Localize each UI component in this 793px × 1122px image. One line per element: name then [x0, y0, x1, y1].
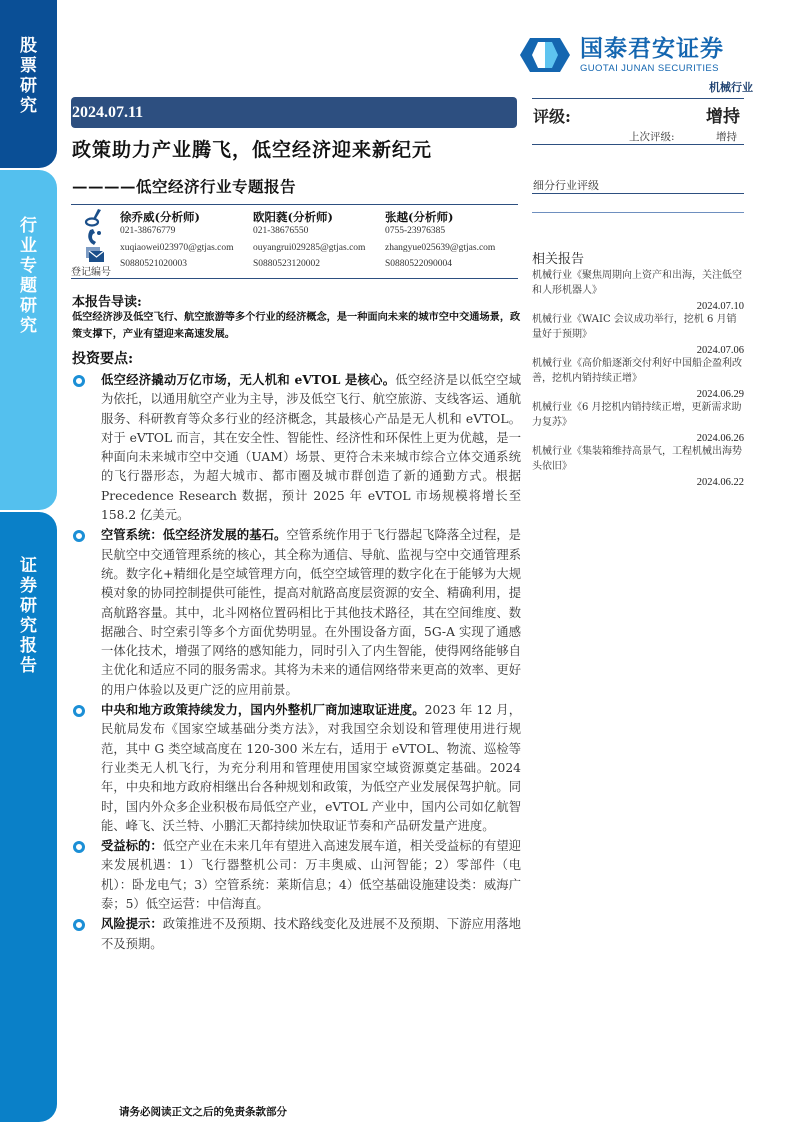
analyst-card: 欧阳蕤(分析师) 021-38676550 ouyangrui029285@gt… [253, 209, 365, 276]
previous-rating-value: 增持 [716, 129, 737, 144]
point-heading: 低空经济撬动万亿市场，无人机和 eVTOL 是核心。 [101, 372, 395, 387]
related-report-title[interactable]: 机械行业《WAIC 会议成功举行，挖机 6 月销量好于预期》 [532, 313, 744, 342]
circle-bullet-icon [73, 375, 85, 387]
related-report-title[interactable]: 机械行业《高价船逐渐交付利好中国船企盈利改善，挖机内销持续正增》 [532, 357, 744, 386]
sector-label: 机械行业 [709, 79, 753, 95]
related-report-item[interactable]: 机械行业《WAIC 会议成功举行，挖机 6 月销量好于预期》 2024.07.0… [532, 313, 744, 356]
divider [532, 98, 744, 99]
related-report-item[interactable]: 机械行业《聚焦周期向上资产和出海，关注低空和人形机器人》 2024.07.10 [532, 269, 744, 312]
side-tab-label: 证券研究报告 [20, 556, 37, 676]
analyst-phone: 0755-23976385 [385, 226, 495, 243]
analyst-name: 欧阳蕤(分析师) [253, 209, 365, 226]
brand-name-en: GUOTAI JUNAN SECURITIES [580, 63, 724, 74]
circle-bullet-icon [73, 530, 85, 542]
related-report-item[interactable]: 机械行业《集装箱维持高景气，工程机械出海势头依旧》 2024.06.22 [532, 445, 744, 488]
point-heading: 空管系统：低空经济发展的基石。 [101, 527, 286, 542]
brand-name-cn: 国泰君安证券 [580, 36, 724, 62]
analyst-card: 徐乔威(分析师) 021-38676779 xuqiaowei023970@gt… [120, 209, 234, 276]
circle-bullet-icon [73, 841, 85, 853]
related-report-item[interactable]: 机械行业《6 月挖机内销持续正增，更新需求助力复苏》 2024.06.26 [532, 401, 744, 444]
divider [532, 212, 744, 213]
analyst-email[interactable]: ouyangrui029285@gtjas.com [253, 243, 365, 260]
investment-point: 中央和地方政策持续发力，国内外整机厂商加速取证进度。2023 年 12 月，民航… [71, 700, 521, 836]
related-reports-title: 相关报告 [532, 248, 744, 267]
analyst-phone: 021-38676779 [120, 226, 234, 243]
divider [71, 278, 518, 279]
related-report-date: 2024.06.29 [532, 389, 744, 400]
analyst-registration: S0880521020003 [120, 259, 234, 276]
point-body: 空管系统作用于飞行器起飞降落全过程，是民航空中交通管理系统的核心，其全称为通信、… [101, 528, 521, 696]
related-reports: 相关报告 机械行业《聚焦周期向上资产和出海，关注低空和人形机器人》 2024.0… [532, 248, 744, 489]
analyst-phone: 021-38676550 [253, 226, 365, 243]
rating-label: 评级: [533, 104, 571, 127]
analyst-email[interactable]: zhangyue025639@gtjas.com [385, 243, 495, 260]
point-heading: 风险提示： [101, 916, 163, 931]
subsector-rating-label: 细分行业评级 [533, 177, 599, 193]
point-body: 2023 年 12 月，民航局发布《国家空域基础分类方法》，对我国空余划设和管理… [101, 703, 521, 833]
related-report-title[interactable]: 机械行业《集装箱维持高景气，工程机械出海势头依旧》 [532, 445, 744, 474]
divider [532, 144, 744, 145]
related-report-title[interactable]: 机械行业《6 月挖机内销持续正增，更新需求助力复苏》 [532, 401, 744, 430]
divider [532, 193, 744, 194]
point-body: 低空产业在未来几年有望进入高速发展车道，相关受益标的有望迎来发展机遇：1）飞行器… [101, 839, 521, 911]
disclaimer-footer: 请务必阅读正文之后的免责条款部分 [119, 1104, 287, 1119]
brand-logo: 国泰君安证券 GUOTAI JUNAN SECURITIES [520, 36, 724, 74]
point-body: 低空经济是以低空空域为依托，以通用航空产业为主导，涉及低空飞行、航空旅游、支线客… [101, 373, 521, 522]
investment-point: 空管系统：低空经济发展的基石。空管系统作用于飞行器起飞降落全过程，是民航空中交通… [71, 525, 521, 700]
side-tab-securities-report: 证券研究报告 [0, 512, 57, 1122]
date-bar: 2024.07.11 [71, 97, 517, 128]
investment-point: 低空经济撬动万亿市场，无人机和 eVTOL 是核心。低空经济是以低空空域为依托，… [71, 370, 521, 525]
report-subtitle: ————低空经济行业专题报告 [72, 175, 296, 197]
registration-label: 登记编号 [71, 263, 111, 278]
divider [71, 204, 518, 205]
analyst-card: 张越(分析师) 0755-23976385 zhangyue025639@gtj… [385, 209, 495, 276]
point-body: 政策推进不及预期、技术路线变化及进展不及预期、下游应用落地不及预期。 [101, 917, 521, 950]
side-tab-label: 行业专题研究 [20, 216, 37, 336]
report-title: 政策助力产业腾飞，低空经济迎来新纪元 [72, 135, 432, 162]
related-report-date: 2024.06.26 [532, 433, 744, 444]
analyst-registration: S0880523120002 [253, 259, 365, 276]
report-date: 2024.07.11 [72, 104, 143, 121]
related-report-date: 2024.07.10 [532, 301, 744, 312]
circle-bullet-icon [73, 919, 85, 931]
phone-icon [84, 228, 106, 246]
investment-title: 投资要点: [72, 348, 133, 368]
circle-bullet-icon [73, 705, 85, 717]
guide-text: 低空经济涉及低空飞行、航空旅游等多个行业的经济概念，是一种面向未来的城市空中交通… [72, 309, 522, 343]
guide-title: 本报告导读: [72, 291, 142, 310]
pen-icon [84, 208, 106, 228]
email-icon [84, 246, 106, 264]
side-tab-equity-research: 股票研究 [0, 0, 57, 168]
related-report-title[interactable]: 机械行业《聚焦周期向上资产和出海，关注低空和人形机器人》 [532, 269, 744, 298]
related-report-date: 2024.07.06 [532, 345, 744, 356]
point-heading: 受益标的： [101, 838, 163, 853]
rating-value: 增持 [706, 102, 740, 127]
analyst-name: 张越(分析师) [385, 209, 495, 226]
contact-icons [84, 206, 110, 264]
hexagon-logo-icon [520, 38, 570, 72]
side-tab-label: 股票研究 [20, 36, 37, 116]
analyst-name: 徐乔威(分析师) [120, 209, 234, 226]
investment-point: 受益标的：低空产业在未来几年有望进入高速发展车道，相关受益标的有望迎来发展机遇：… [71, 836, 521, 914]
analyst-email[interactable]: xuqiaowei023970@gtjas.com [120, 243, 234, 260]
related-report-item[interactable]: 机械行业《高价船逐渐交付利好中国船企盈利改善，挖机内销持续正增》 2024.06… [532, 357, 744, 400]
investment-point: 风险提示：政策推进不及预期、技术路线变化及进展不及预期、下游应用落地不及预期。 [71, 914, 521, 954]
side-tab-industry-research: 行业专题研究 [0, 170, 57, 510]
investment-points: 低空经济撬动万亿市场，无人机和 eVTOL 是核心。低空经济是以低空空域为依托，… [71, 370, 521, 954]
point-heading: 中央和地方政策持续发力，国内外整机厂商加速取证进度。 [101, 702, 425, 717]
analyst-registration: S0880522090004 [385, 259, 495, 276]
related-report-date: 2024.06.22 [532, 477, 744, 488]
previous-rating-label: 上次评级: [629, 129, 675, 144]
